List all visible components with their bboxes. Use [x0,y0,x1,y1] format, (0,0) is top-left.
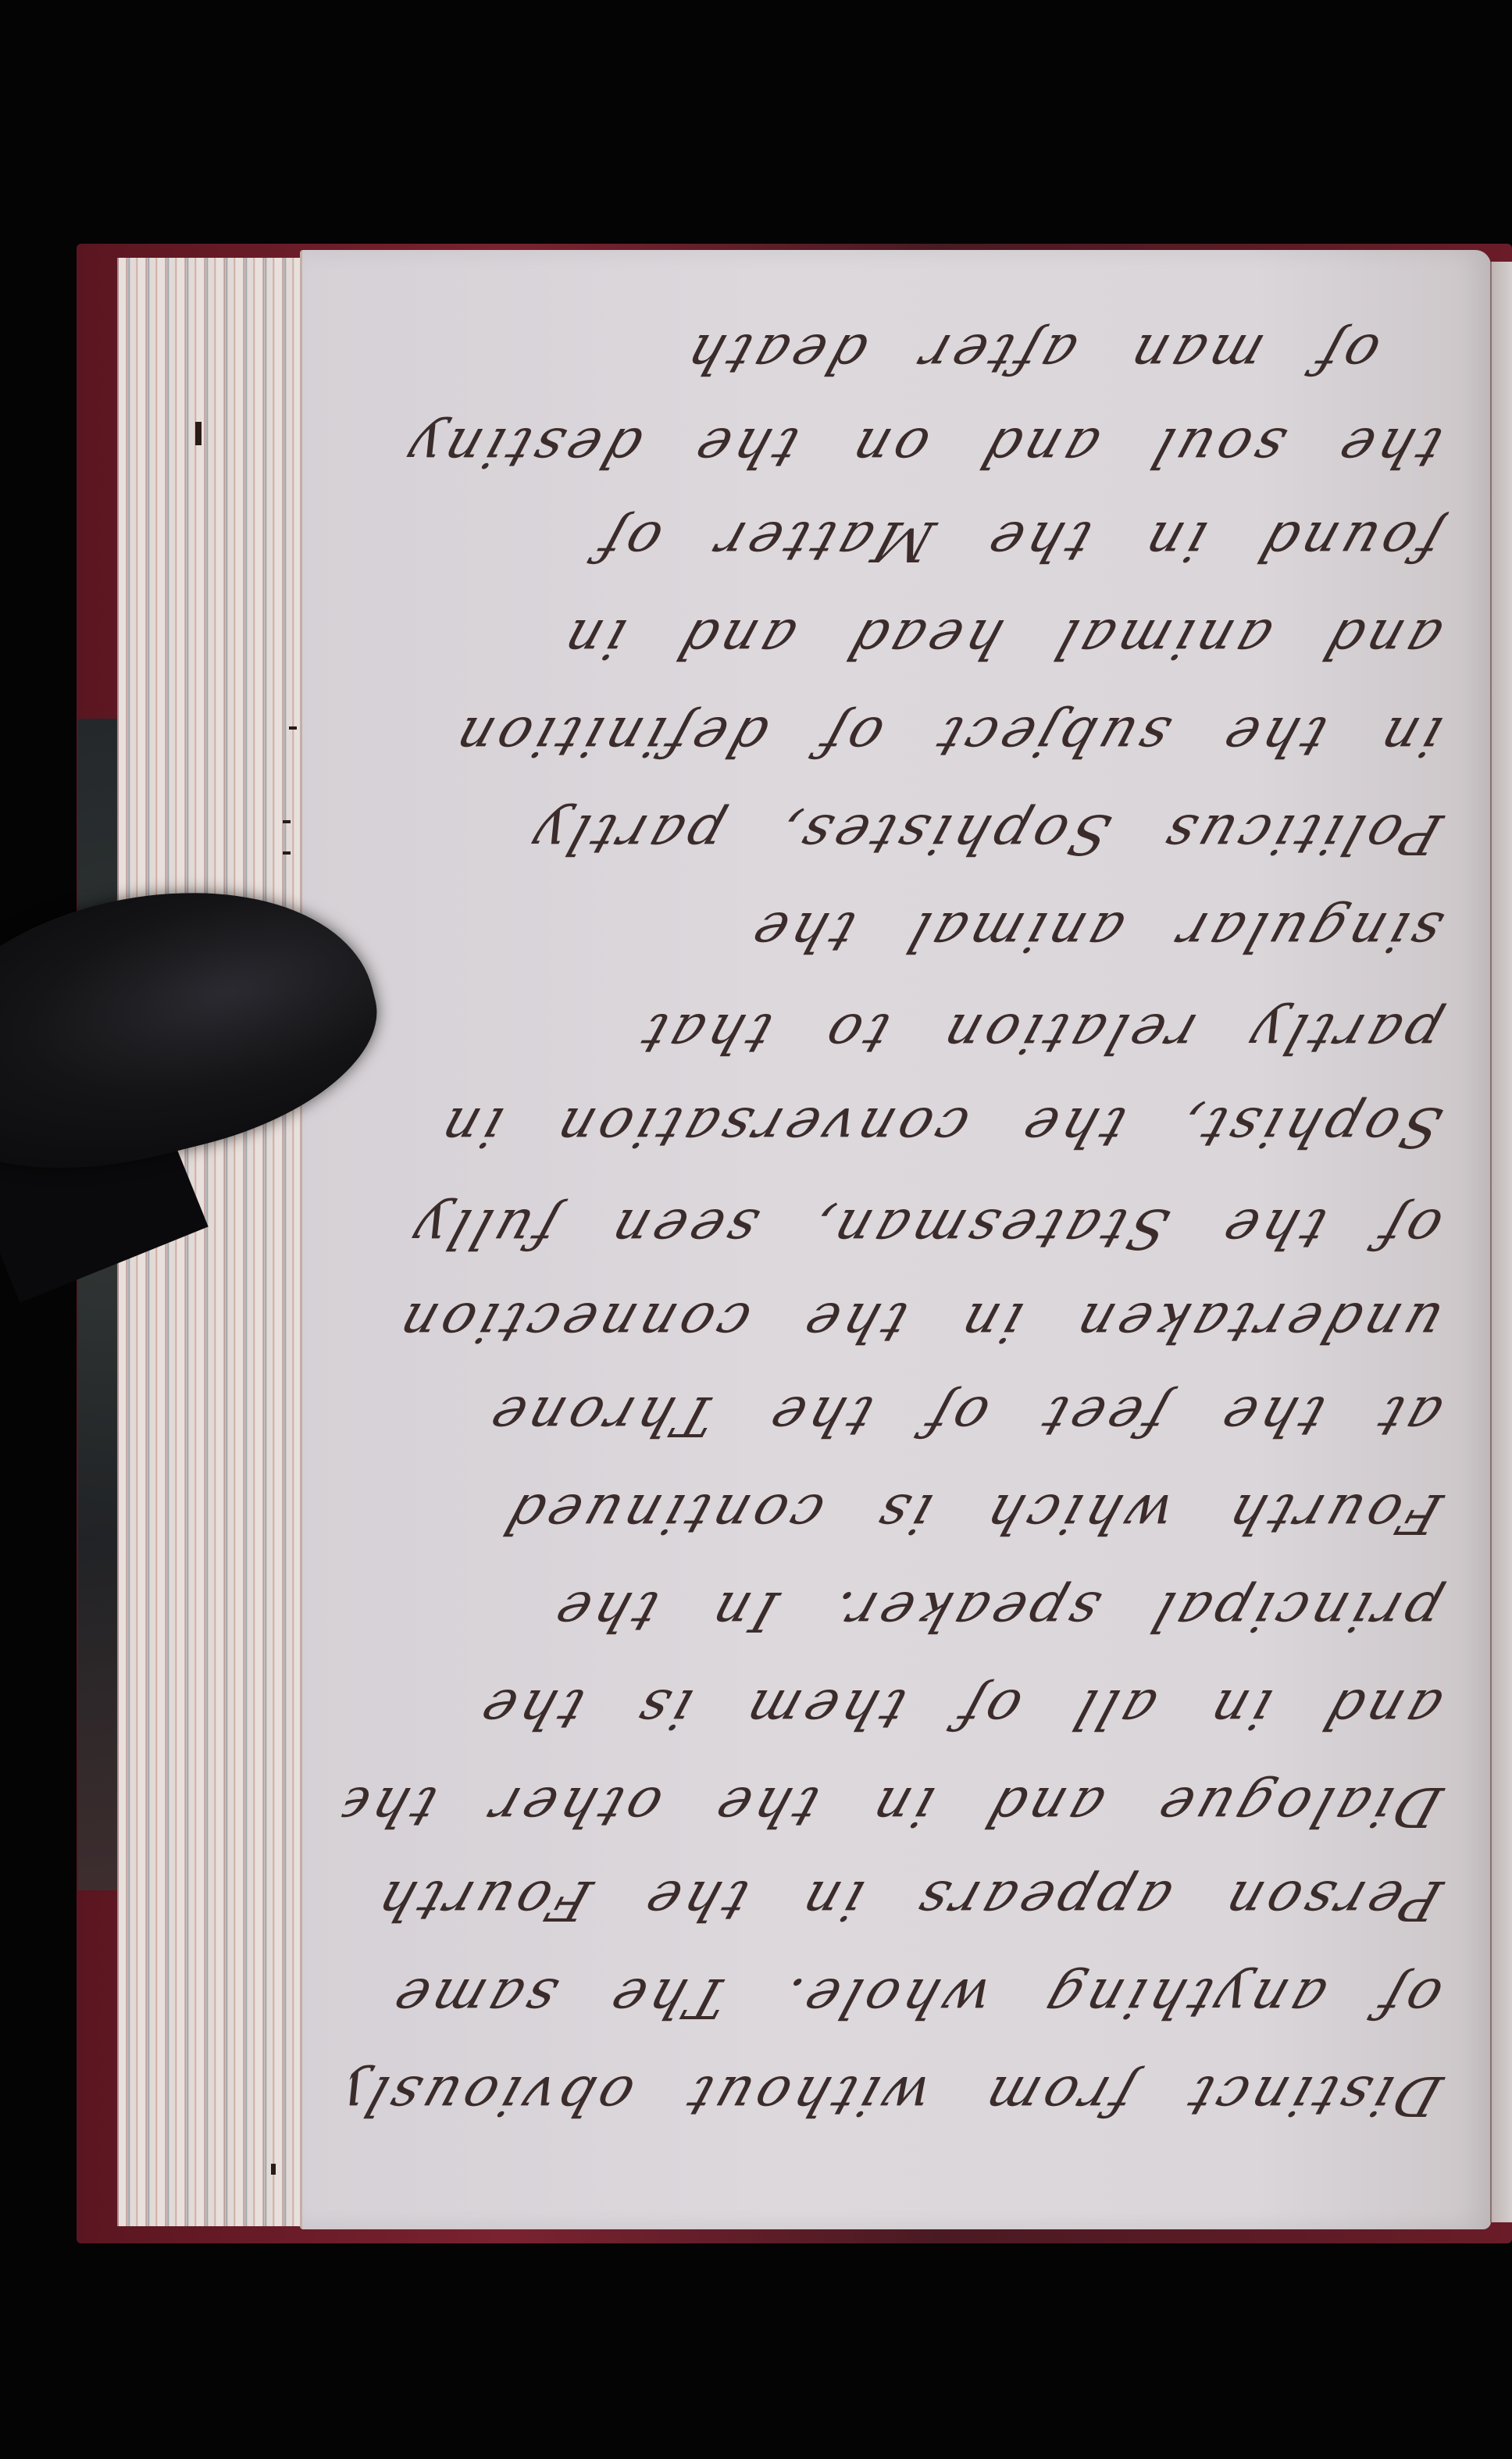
cover-marbled-patch [78,719,117,1890]
page-edge-mark [283,851,291,855]
page-edge-mark [289,726,297,730]
handwritten-line: and in all of them is the [334,1663,1454,1741]
handwritten-line: undertaken in the connection [334,1276,1454,1354]
handwritten-line: in the subject of definition [334,691,1454,769]
handwritten-line: Dialogue and in the other the [334,1761,1454,1839]
page-edge-mark [195,422,201,445]
handwritten-line: Person appears in the Fourth [334,1854,1454,1933]
handwritten-line: and animal head and in [334,593,1454,671]
handwritten-line: of the Statesman, seen fully [334,1183,1454,1261]
handwritten-line: Sophist, the conversation in [334,1081,1454,1159]
handwritten-line: principal speaker. In the [334,1565,1454,1643]
handwritten-line: singular animal the [334,886,1454,964]
handwritten-line: Politicus Sophistes, partly [334,788,1454,866]
page-edge-mark [283,820,291,823]
handwritten-line: partly relation to that [334,987,1454,1065]
adjacent-page-edge [1490,262,1512,2222]
page-edge-mark [271,2164,276,2175]
handwritten-line: of anything whole. The same [334,1952,1454,2030]
handwritten-line: at the feet of the Throne [334,1370,1454,1448]
handwritten-line: Fourth which is continued [334,1468,1454,1546]
handwritten-line: Distinct from without obviously [334,2050,1454,2128]
handwritten-text-rotated: Distinct from without obviously of anyth… [300,250,1489,2229]
handwritten-line: of man after death [334,308,1392,386]
handwritten-line: the soul and on the destiny [334,402,1454,480]
handwritten-line: found in the Matter of [334,495,1454,573]
